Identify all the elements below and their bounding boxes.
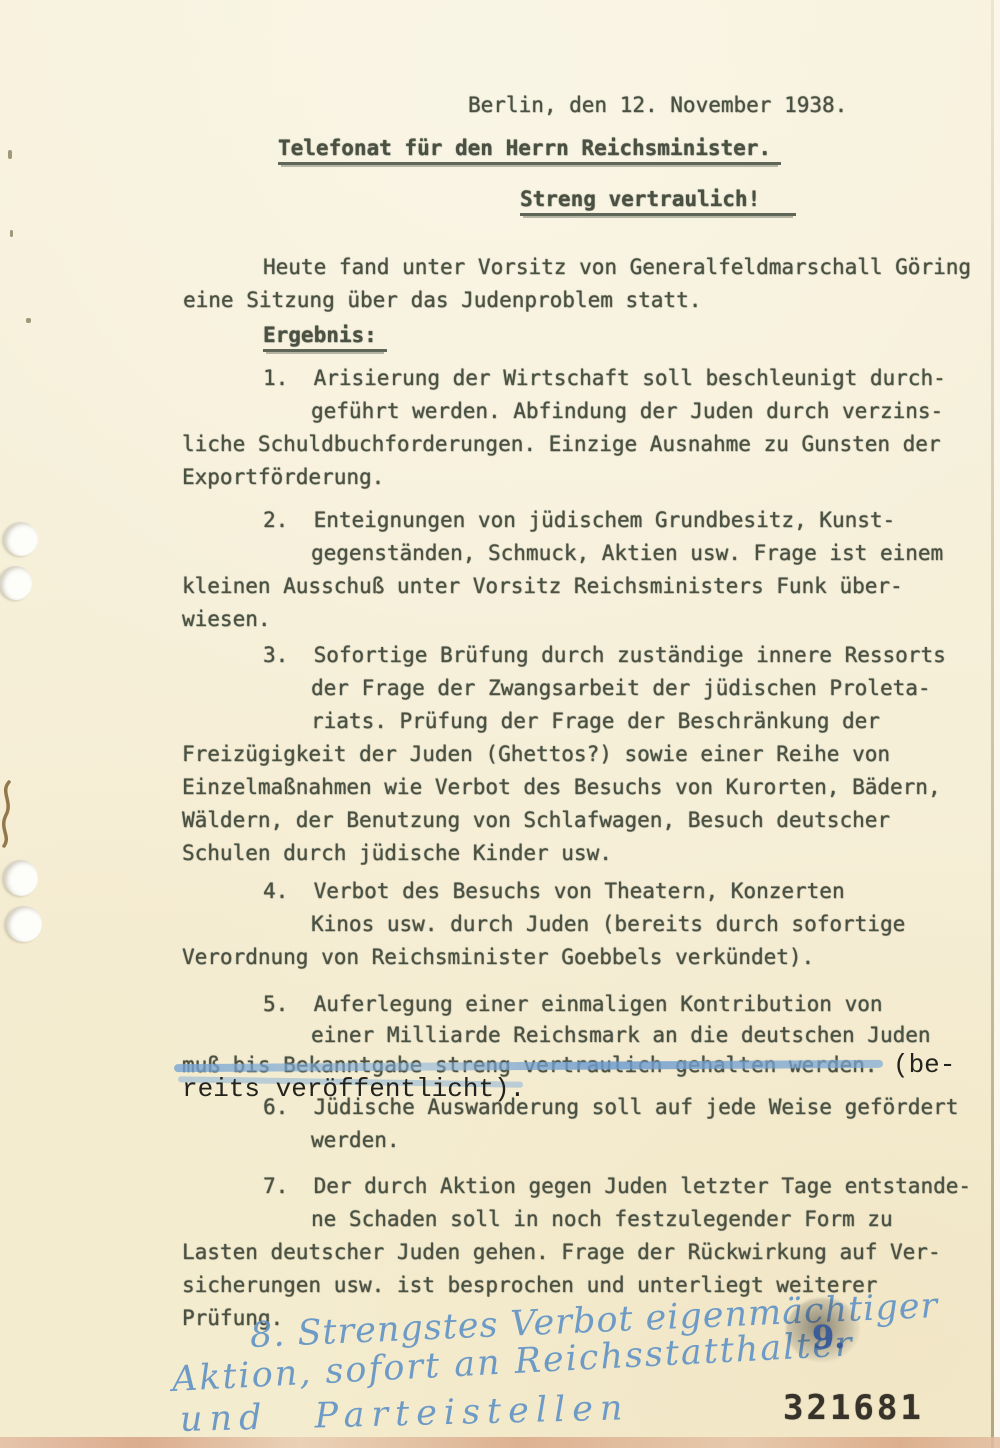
page-bottom-edge [0, 1437, 1000, 1448]
item-4-line: Verordnung von Reichsminister Goebbels v… [182, 945, 814, 969]
item-1-line: Exportförderung. [182, 465, 384, 489]
paper-speck [26, 318, 31, 323]
document-page: Berlin, den 12. November 1938. Telefonat… [0, 0, 1000, 1448]
item-3-line: Schulen durch jüdische Kinder usw. [182, 841, 612, 865]
item-3-line: riats. Prüfung der Frage der Beschränkun… [311, 709, 880, 733]
result-heading-text: Ergebnis: [263, 323, 387, 352]
item-6-line: 6. Jüdische Auswanderung soll auf jede W… [263, 1095, 958, 1119]
page-right-edge [991, 0, 994, 1448]
ink-stain [0, 778, 25, 850]
result-heading: Ergebnis: [263, 323, 387, 347]
item-3-line: der Frage der Zwangsarbeit der jüdischen… [311, 676, 931, 700]
item-4-line: 4. Verbot des Besuchs von Theatern, Konz… [263, 879, 845, 903]
typed-addition: (be- [877, 1050, 955, 1080]
archive-number-stamp: 321681 [783, 1388, 924, 1428]
item-1-line: geführt werden. Abfindung der Juden durc… [311, 399, 943, 423]
paper-speck [8, 150, 12, 159]
classification-line: Streng vertraulich! [520, 187, 796, 211]
document-title: Telefonat für den Herrn Reichsminister. [278, 136, 781, 160]
item-4-line: Kinos usw. durch Juden (bereits durch so… [311, 912, 905, 936]
paper-speck [10, 230, 13, 237]
item-6-line: werden. [311, 1128, 400, 1152]
item-2-line: wiesen. [182, 607, 271, 631]
item-7-line: ne Schaden soll in noch festzulegender F… [311, 1207, 893, 1231]
item-5-line: einer Milliarde Reichsmark an die deutsc… [311, 1023, 931, 1047]
classification-text: Streng vertraulich! [520, 187, 796, 216]
punch-hole [0, 566, 32, 600]
item-7-line: Lasten deutscher Juden gehen. Frage der … [182, 1240, 941, 1264]
intro-line: Heute fand unter Vorsitz von Generalfeld… [263, 255, 971, 279]
item-1-line: liche Schuldbuchforderungen. Einzige Aus… [182, 432, 941, 456]
item-2-line: gegenständen, Schmuck, Aktien usw. Frage… [311, 541, 943, 565]
item-3-line: Einzelmaßnahmen wie Verbot des Besuchs v… [182, 775, 941, 799]
punch-hole [4, 860, 38, 896]
item-2-line: 2. Enteignungen von jüdischem Grundbesit… [263, 508, 895, 532]
item-3-line: 3. Sofortige Brüfung durch zuständige in… [263, 643, 946, 667]
item-1-line: 1. Arisierung der Wirtschaft soll beschl… [263, 366, 946, 390]
item-5-line: 5. Auferlegung einer einmaligen Kontribu… [263, 992, 883, 1016]
item-3-line: Freizügigkeit der Juden (Ghettos?) sowie… [182, 742, 890, 766]
item-7-line: 7. Der durch Aktion gegen Juden letzter … [263, 1174, 971, 1198]
punch-hole [6, 906, 42, 942]
intro-line: eine Sitzung über das Judenproblem statt… [183, 288, 701, 312]
page-number-stamp: 9. [812, 1318, 845, 1356]
document-title-text: Telefonat für den Herrn Reichsminister. [278, 136, 781, 165]
item-2-line: kleinen Ausschuß unter Vorsitz Reichsmin… [182, 574, 903, 598]
date-line: Berlin, den 12. November 1938. [468, 93, 847, 117]
item-3-line: Wäldern, der Benutzung von Schlafwagen, … [182, 808, 890, 832]
punch-hole [4, 522, 38, 556]
scan-background-strip [994, 0, 1000, 1448]
